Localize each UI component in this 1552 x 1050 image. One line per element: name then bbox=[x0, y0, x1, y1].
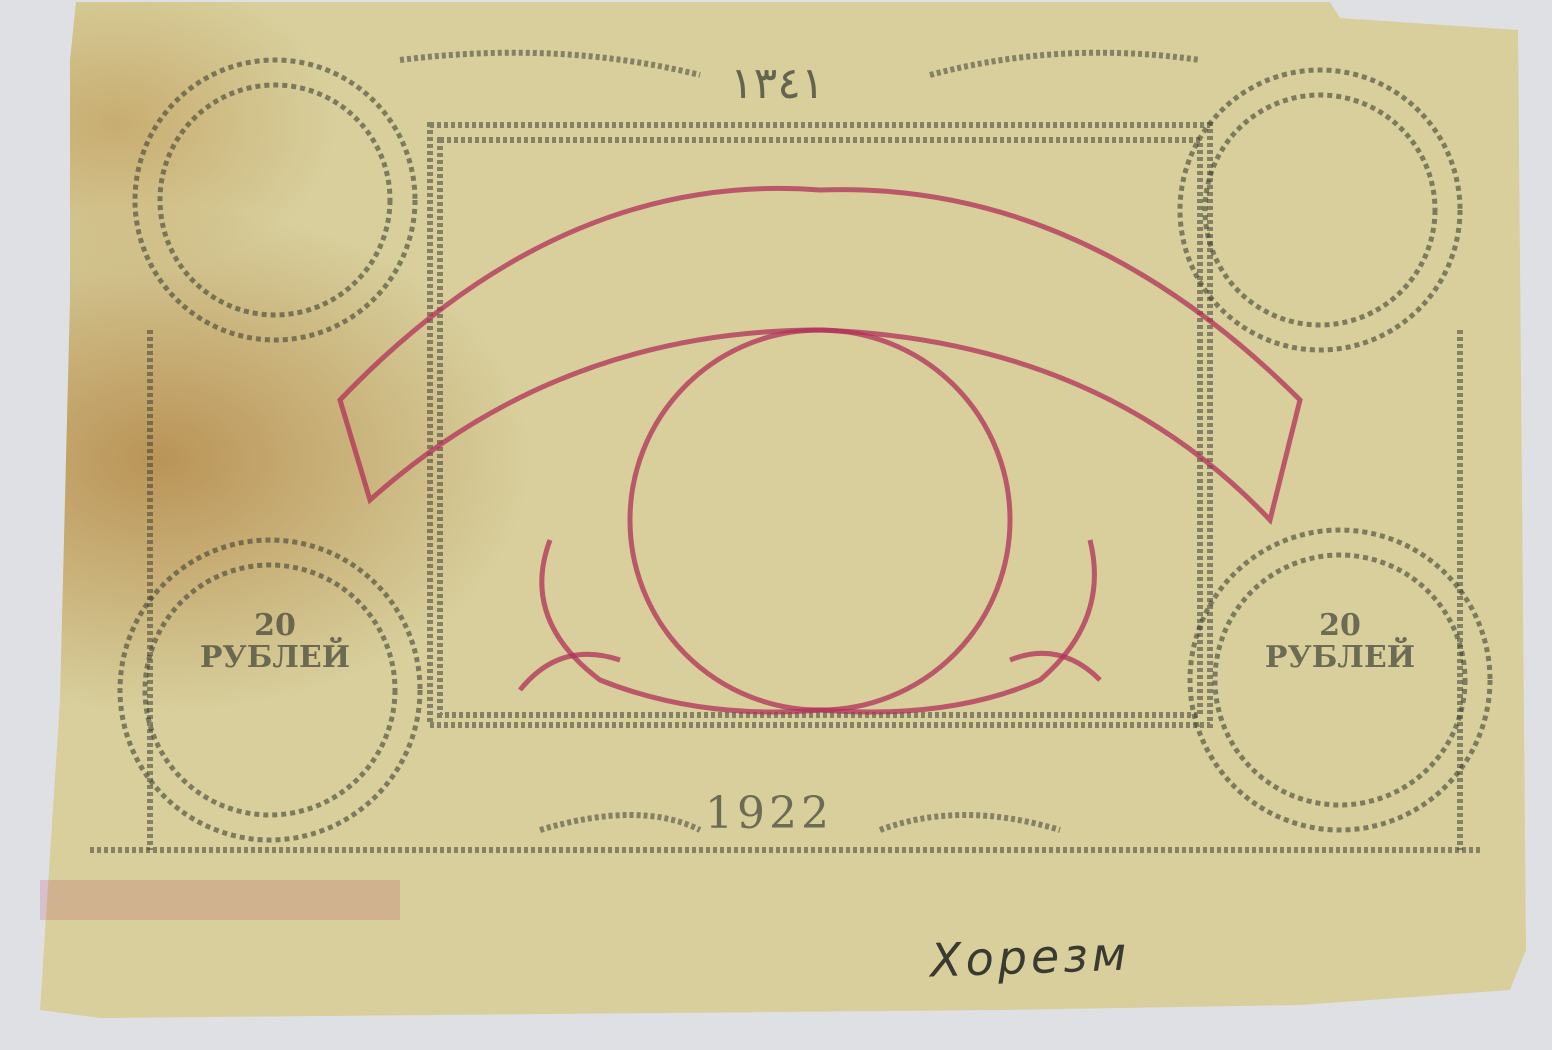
right-denomination: 20 РУБЛЕЙ bbox=[1240, 610, 1440, 673]
left-denomination-value: 20 bbox=[175, 610, 375, 642]
right-denomination-value: 20 bbox=[1240, 610, 1440, 642]
bottom-year: 1922 bbox=[705, 788, 833, 839]
handwritten-label: Хорезм bbox=[929, 927, 1131, 988]
left-denomination: 20 РУБЛЕЙ bbox=[175, 610, 375, 673]
top-year-arabic: ١٣٤١ bbox=[730, 58, 825, 109]
left-denomination-unit: РУБЛЕЙ bbox=[175, 642, 375, 674]
banknote-photo bbox=[0, 0, 1552, 1050]
right-denomination-unit: РУБЛЕЙ bbox=[1240, 642, 1440, 674]
